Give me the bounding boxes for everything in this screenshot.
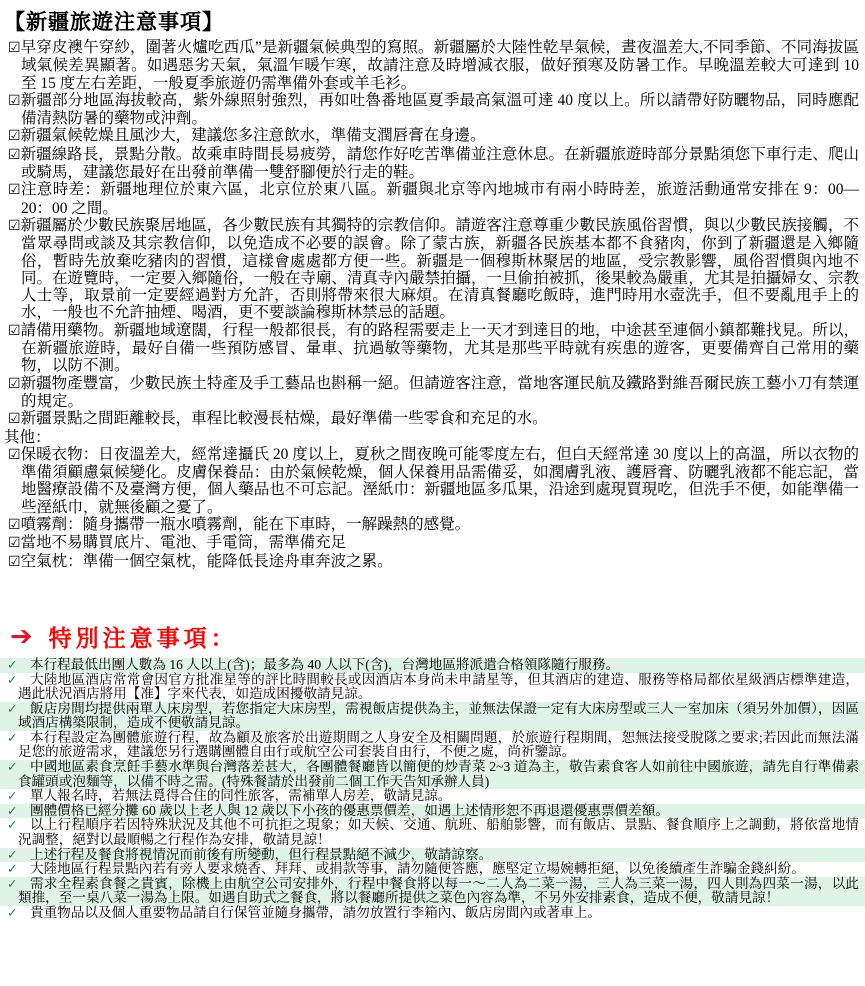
notes-list: ☑早穿皮襖午穿紗，圍著火爐吃西瓜”是新疆氣候典型的寫照。新疆屬於大陸性乾旱氣候，… bbox=[4, 39, 859, 571]
document-page: 【新疆旅遊注意事項】 ☑早穿皮襖午穿紗，圍著火爐吃西瓜”是新疆氣候典型的寫照。新… bbox=[0, 0, 865, 986]
special-note-item: ✓單人報名時，若無法覓得合住的同性旅客，需補單人房差，敬請見諒。 bbox=[0, 789, 865, 804]
check-icon: ✓ bbox=[7, 862, 17, 877]
check-icon: ✓ bbox=[7, 848, 17, 863]
notice-item: ☑新疆景點之間距離較長，車程比較漫長枯燥，最好準備一些零食和充足的水。 bbox=[4, 410, 859, 428]
checked-checkbox-icon: ☑ bbox=[8, 324, 21, 339]
special-note-item: ✓飯店房間均提供兩單人床房型，若您指定大床房型，需視飯店提供為主，並無法保證一定… bbox=[0, 702, 865, 731]
check-icon: ✓ bbox=[7, 731, 17, 746]
check-icon: ✓ bbox=[7, 658, 17, 673]
checked-checkbox-icon: ☑ bbox=[8, 148, 21, 163]
checked-checkbox-icon: ☑ bbox=[8, 94, 21, 109]
page-title: 【新疆旅遊注意事項】 bbox=[4, 6, 859, 36]
special-notes-title: 特別注意事項： bbox=[49, 620, 238, 653]
checked-checkbox-icon: ☑ bbox=[8, 536, 21, 551]
check-icon: ✓ bbox=[7, 760, 17, 775]
check-icon: ✓ bbox=[7, 702, 17, 717]
special-note-item: ✓中國地區素食烹飪手藝水準與台灣落差甚大，各團體餐廳皆以簡便的炒青菜 2~3 道… bbox=[0, 760, 865, 789]
checked-checkbox-icon: ☑ bbox=[8, 41, 21, 56]
checked-checkbox-icon: ☑ bbox=[8, 183, 21, 198]
check-icon: ✓ bbox=[7, 877, 17, 892]
notice-item: ☑早穿皮襖午穿紗，圍著火爐吃西瓜”是新疆氣候典型的寫照。新疆屬於大陸性乾旱氣候，… bbox=[4, 39, 859, 92]
checked-checkbox-icon: ☑ bbox=[8, 219, 21, 234]
checked-checkbox-icon: ☑ bbox=[8, 377, 21, 392]
notice-item: ☑新疆物產豐富，少數民族土特產及手工藝品也斟稱一絕。但請遊客注意，當地客運民航及… bbox=[4, 375, 859, 411]
notice-item: ☑當地不易購買底片、電池、手電筒，需準備充足 bbox=[4, 534, 859, 552]
checked-checkbox-icon: ☑ bbox=[8, 555, 21, 570]
special-note-item: ✓大陸地區酒店常常會因官方批准星等的評比時間較長或因酒店本身尚未申請星等，但其酒… bbox=[0, 673, 865, 702]
notice-item: ☑新疆部分地區海拔較高，紫外線照射強烈，再如吐魯番地區夏季最高氣溫可達 40 度… bbox=[4, 92, 859, 128]
notice-item: ☑新疆線路長，景點分散。故乘車時間長易疲勞，請您作好吃苦準備並注意休息。在新疆旅… bbox=[4, 146, 859, 182]
check-icon: ✓ bbox=[7, 789, 17, 804]
notice-item: 其他： bbox=[4, 429, 859, 446]
special-notes-list: ✓本行程最低出團人數為 16 人以上(含)；最多為 40 人以下(含)，台灣地區… bbox=[0, 658, 865, 921]
check-icon: ✓ bbox=[7, 818, 17, 833]
special-note-item: ✓以上行程順序若因特殊狀況及其他不可抗拒之現象；如天候、交通、航班、船舶影響，而… bbox=[0, 818, 865, 847]
check-icon: ✓ bbox=[7, 673, 17, 688]
special-note-item: ✓本行程最低出團人數為 16 人以上(含)；最多為 40 人以下(含)，台灣地區… bbox=[0, 658, 865, 673]
check-icon: ✓ bbox=[7, 804, 17, 819]
notice-item: ☑保暖衣物：日夜溫差大，經常達攝氏 20 度以上，夏秋之間夜晚可能零度左右，但白… bbox=[4, 446, 859, 516]
checked-checkbox-icon: ☑ bbox=[8, 518, 21, 533]
xinjiang-notes-section: 【新疆旅遊注意事項】 ☑早穿皮襖午穿紗，圍著火爐吃西瓜”是新疆氣候典型的寫照。新… bbox=[0, 0, 865, 571]
notice-item: ☑新疆屬於少數民族聚居地區，各少數民族有其獨特的宗教信仰。請遊客注意尊重少數民族… bbox=[4, 217, 859, 322]
special-notes-section: ➔ 特別注意事項： ✓本行程最低出團人數為 16 人以上(含)；最多為 40 人… bbox=[0, 621, 865, 921]
special-note-item: ✓貴重物品以及個人重要物品請自行保管並隨身攜帶，請勿放置行李箱內、飯店房間內或著… bbox=[0, 906, 865, 921]
checked-checkbox-icon: ☑ bbox=[8, 129, 21, 144]
notice-item: ☑空氣枕：準備一個空氣枕，能降低長途舟車奔波之累。 bbox=[4, 553, 859, 571]
special-note-item: ✓本行程設定為團體旅遊行程，故為顧及旅客於出遊期間之人身安全及相關問題，於旅遊行… bbox=[0, 731, 865, 760]
notice-item: ☑注意時差：新疆地理位於東六區，北京位於東八區。新疆與北京等內地城市有兩小時時差… bbox=[4, 181, 859, 217]
check-icon: ✓ bbox=[7, 906, 17, 921]
special-note-item: ✓需求全程素食餐之貴賓，除機上由航空公司安排外，行程中餐食將以每一～二人為二菜一… bbox=[0, 877, 865, 906]
checked-checkbox-icon: ☑ bbox=[8, 448, 21, 463]
special-notes-header: ➔ 特別注意事項： bbox=[0, 621, 865, 653]
special-note-item: ✓大陸地區行程景點內若有旁人要求燒香、拜拜、或捐款等事，請勿隨便答應，應堅定立場… bbox=[0, 862, 865, 877]
checked-checkbox-icon: ☑ bbox=[8, 412, 21, 427]
right-arrow-icon: ➔ bbox=[10, 623, 33, 650]
notice-item: ☑噴霧劑：隨身攜帶一瓶水噴霧劑，能在下車時，一解躁熱的感覺。 bbox=[4, 516, 859, 534]
notice-item: ☑新疆氣候乾燥且風沙大，建議您多注意飲水，準備支潤唇膏在身邊。 bbox=[4, 127, 859, 145]
notice-item: ☑請備用藥物。新疆地域遼闊，行程一般都很長，有的路程需要走上一天才到達目的地，中… bbox=[4, 322, 859, 375]
